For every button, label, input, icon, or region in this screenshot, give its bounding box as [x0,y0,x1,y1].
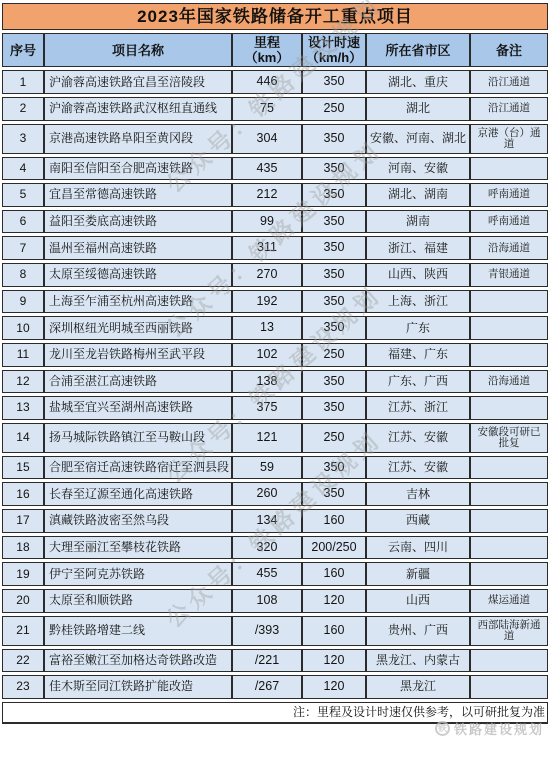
cell-remark [470,396,548,420]
cell-remark [470,157,548,181]
cell-no: 19 [2,562,44,586]
page: 2023年国家铁路储备开工重点项目 序号 项目名称 里程 （km） 设计时速 （… [0,0,550,763]
cell-name: 大理至丽江至攀枝花铁路 [44,536,232,560]
cell-remark: 沿江通道 [470,97,548,121]
footer-row: 注：里程及设计时速仅供参考，以可研批复为准 [2,702,548,724]
cell-mileage: 455 [232,562,302,586]
cell-no: 22 [2,649,44,673]
cell-no: 4 [2,157,44,181]
cell-remark [470,316,548,340]
cell-mileage: 121 [232,423,302,453]
cell-mileage: 311 [232,236,302,260]
cell-mileage: 446 [232,70,302,94]
cell-no: 18 [2,536,44,560]
cell-name: 益阳至娄底高速铁路 [44,210,232,234]
table-body: 1沪渝蓉高速铁路宜昌至涪陵段446350湖北、重庆沿江通道2沪渝蓉高速铁路武汉枢… [2,70,548,699]
table-row: 12合浦至湛江高速铁路138350广东、广西沿海通道 [2,370,548,394]
cell-no: 7 [2,236,44,260]
header-cell-name: 项目名称 [44,33,232,67]
cell-region: 江苏、安徽 [366,423,470,453]
cell-region: 江苏、安徽 [366,456,470,480]
page-title: 2023年国家铁路储备开工重点项目 [2,3,548,30]
cell-speed: 350 [302,263,366,287]
cell-remark [470,509,548,533]
cell-remark: 青银通道 [470,263,548,287]
cell-remark [470,482,548,506]
cell-mileage: /221 [232,649,302,673]
cell-region: 湖北 [366,97,470,121]
table-row: 6益阳至娄底高速铁路99350湖南呼南通道 [2,210,548,234]
cell-remark: 煤运通道 [470,589,548,613]
table-row: 1沪渝蓉高速铁路宜昌至涪陵段446350湖北、重庆沿江通道 [2,70,548,94]
cell-no: 10 [2,316,44,340]
cell-mileage: 320 [232,536,302,560]
cell-name: 扬马城际铁路镇江至马鞍山段 [44,423,232,453]
railway-table: 2023年国家铁路储备开工重点项目 序号 项目名称 里程 （km） 设计时速 （… [2,0,548,727]
cell-mileage: 59 [232,456,302,480]
cell-region: 广东、广西 [366,370,470,394]
table-row: 5宜昌至常德高速铁路212350湖北、湖南呼南通道 [2,183,548,207]
cell-name: 合浦至湛江高速铁路 [44,370,232,394]
header-cell-speed: 设计时速 （km/h） [302,33,366,67]
table-row: 2沪渝蓉高速铁路武汉枢纽直通线75250湖北沿江通道 [2,97,548,121]
cell-mileage: 304 [232,124,302,154]
cell-region: 黑龙江、内蒙古 [366,649,470,673]
cell-mileage: 260 [232,482,302,506]
cell-mileage: 75 [232,97,302,121]
cell-no: 15 [2,456,44,480]
cell-mileage: 13 [232,316,302,340]
table-row: 16长春至辽源至通化高速铁路260350吉林 [2,482,548,506]
cell-no: 6 [2,210,44,234]
cell-speed: 350 [302,316,366,340]
cell-region: 湖北、湖南 [366,183,470,207]
cell-name: 黔桂铁路增建二线 [44,616,232,646]
cell-speed: 350 [302,210,366,234]
table-row: 9上海至乍浦至杭州高速铁路192350上海、浙江 [2,290,548,314]
cell-name: 伊宁至阿克苏铁路 [44,562,232,586]
cell-remark: 安徽段可研已批复 [470,423,548,453]
header-cell-mileage: 里程 （km） [232,33,302,67]
cell-name: 深圳枢纽光明城至西丽铁路 [44,316,232,340]
cell-speed: 120 [302,649,366,673]
cell-remark [470,536,548,560]
cell-name: 温州至福州高速铁路 [44,236,232,260]
cell-mileage: 134 [232,509,302,533]
cell-region: 西藏 [366,509,470,533]
cell-speed: 350 [302,236,366,260]
table-row: 23佳木斯至同江铁路扩能改造/267120黑龙江 [2,675,548,699]
cell-remark: 京港（台）通道 [470,124,548,154]
cell-speed: 350 [302,70,366,94]
cell-name: 太原至绥德高速铁路 [44,263,232,287]
cell-name: 京港高速铁路阜阳至黄冈段 [44,124,232,154]
cell-mileage: 192 [232,290,302,314]
cell-speed: 160 [302,562,366,586]
cell-name: 龙川至龙岩铁路梅州至武平段 [44,343,232,367]
cell-no: 13 [2,396,44,420]
table-row: 10深圳枢纽光明城至西丽铁路13350广东 [2,316,548,340]
cell-region: 福建、广东 [366,343,470,367]
cell-region: 安徽、河南、湖北 [366,124,470,154]
table-row: 13盐城至宜兴至湖州高速铁路375350江苏、浙江 [2,396,548,420]
table-row: 19伊宁至阿克苏铁路455160新疆 [2,562,548,586]
footer-note: 注：里程及设计时速仅供参考，以可研批复为准 [2,702,548,724]
cell-remark [470,675,548,699]
header-cell-region: 所在省市区 [366,33,470,67]
cell-mileage: /267 [232,675,302,699]
cell-remark [470,649,548,673]
cell-mileage: 270 [232,263,302,287]
cell-no: 14 [2,423,44,453]
cell-no: 12 [2,370,44,394]
cell-remark [470,290,548,314]
cell-remark [470,343,548,367]
cell-region: 浙江、福建 [366,236,470,260]
cell-no: 8 [2,263,44,287]
cell-region: 河南、安徽 [366,157,470,181]
cell-no: 17 [2,509,44,533]
cell-remark: 西部陆海新通道 [470,616,548,646]
table-row: 7温州至福州高速铁路311350浙江、福建沿海通道 [2,236,548,260]
cell-speed: 250 [302,423,366,453]
cell-speed: 350 [302,290,366,314]
cell-remark: 沿海通道 [470,370,548,394]
header-cell-remark: 备注 [470,33,548,67]
table-row: 22富裕至嫩江至加格达奇铁路改造/221120黑龙江、内蒙古 [2,649,548,673]
cell-mileage: /393 [232,616,302,646]
cell-name: 长春至辽源至通化高速铁路 [44,482,232,506]
cell-remark [470,456,548,480]
cell-region: 湖北、重庆 [366,70,470,94]
cell-speed: 350 [302,456,366,480]
table-row: 15合肥至宿迁高速铁路宿迁至泗县段59350江苏、安徽 [2,456,548,480]
cell-name: 上海至乍浦至杭州高速铁路 [44,290,232,314]
cell-remark [470,562,548,586]
cell-no: 3 [2,124,44,154]
table-row: 18大理至丽江至攀枝花铁路320200/250云南、四川 [2,536,548,560]
cell-no: 11 [2,343,44,367]
header-row: 序号 项目名称 里程 （km） 设计时速 （km/h） 所在省市区 备注 [2,33,548,67]
cell-remark: 呼南通道 [470,183,548,207]
cell-name: 滇藏铁路波密至然乌段 [44,509,232,533]
cell-region: 黑龙江 [366,675,470,699]
cell-region: 湖南 [366,210,470,234]
cell-speed: 160 [302,616,366,646]
cell-region: 云南、四川 [366,536,470,560]
cell-region: 贵州、广西 [366,616,470,646]
table-row: 14扬马城际铁路镇江至马鞍山段121250江苏、安徽安徽段可研已批复 [2,423,548,453]
cell-no: 1 [2,70,44,94]
cell-no: 5 [2,183,44,207]
cell-mileage: 435 [232,157,302,181]
table-row: 4南阳至信阳至合肥高速铁路435350河南、安徽 [2,157,548,181]
table-row: 11龙川至龙岩铁路梅州至武平段102250福建、广东 [2,343,548,367]
table-row: 21黔桂铁路增建二线/393160贵州、广西西部陆海新通道 [2,616,548,646]
cell-remark: 沿江通道 [470,70,548,94]
cell-speed: 350 [302,183,366,207]
cell-region: 广东 [366,316,470,340]
cell-name: 宜昌至常德高速铁路 [44,183,232,207]
table-row: 8太原至绥德高速铁路270350山西、陕西青银通道 [2,263,548,287]
cell-name: 沪渝蓉高速铁路武汉枢纽直通线 [44,97,232,121]
cell-speed: 200/250 [302,536,366,560]
cell-name: 南阳至信阳至合肥高速铁路 [44,157,232,181]
cell-speed: 350 [302,370,366,394]
cell-mileage: 375 [232,396,302,420]
cell-remark: 呼南通道 [470,210,548,234]
table-row: 3京港高速铁路阜阳至黄冈段304350安徽、河南、湖北京港（台）通道 [2,124,548,154]
cell-speed: 350 [302,482,366,506]
cell-region: 山西 [366,589,470,613]
cell-name: 沪渝蓉高速铁路宜昌至涪陵段 [44,70,232,94]
cell-no: 2 [2,97,44,121]
cell-speed: 250 [302,97,366,121]
table-row: 20太原至和顺铁路108120山西煤运通道 [2,589,548,613]
cell-name: 富裕至嫩江至加格达奇铁路改造 [44,649,232,673]
cell-mileage: 102 [232,343,302,367]
cell-no: 21 [2,616,44,646]
cell-region: 江苏、浙江 [366,396,470,420]
cell-speed: 350 [302,124,366,154]
cell-remark: 沿海通道 [470,236,548,260]
header-cell-no: 序号 [2,33,44,67]
cell-speed: 120 [302,589,366,613]
table-row: 17滇藏铁路波密至然乌段134160西藏 [2,509,548,533]
cell-no: 20 [2,589,44,613]
cell-no: 23 [2,675,44,699]
cell-region: 吉林 [366,482,470,506]
cell-region: 新疆 [366,562,470,586]
cell-name: 合肥至宿迁高速铁路宿迁至泗县段 [44,456,232,480]
title-row: 2023年国家铁路储备开工重点项目 [2,3,548,30]
cell-speed: 350 [302,396,366,420]
cell-speed: 160 [302,509,366,533]
cell-region: 山西、陕西 [366,263,470,287]
cell-no: 9 [2,290,44,314]
cell-region: 上海、浙江 [366,290,470,314]
cell-no: 16 [2,482,44,506]
cell-mileage: 138 [232,370,302,394]
cell-name: 佳木斯至同江铁路扩能改造 [44,675,232,699]
cell-mileage: 99 [232,210,302,234]
cell-mileage: 108 [232,589,302,613]
cell-speed: 250 [302,343,366,367]
cell-name: 盐城至宜兴至湖州高速铁路 [44,396,232,420]
cell-speed: 120 [302,675,366,699]
cell-speed: 350 [302,157,366,181]
cell-name: 太原至和顺铁路 [44,589,232,613]
cell-mileage: 212 [232,183,302,207]
